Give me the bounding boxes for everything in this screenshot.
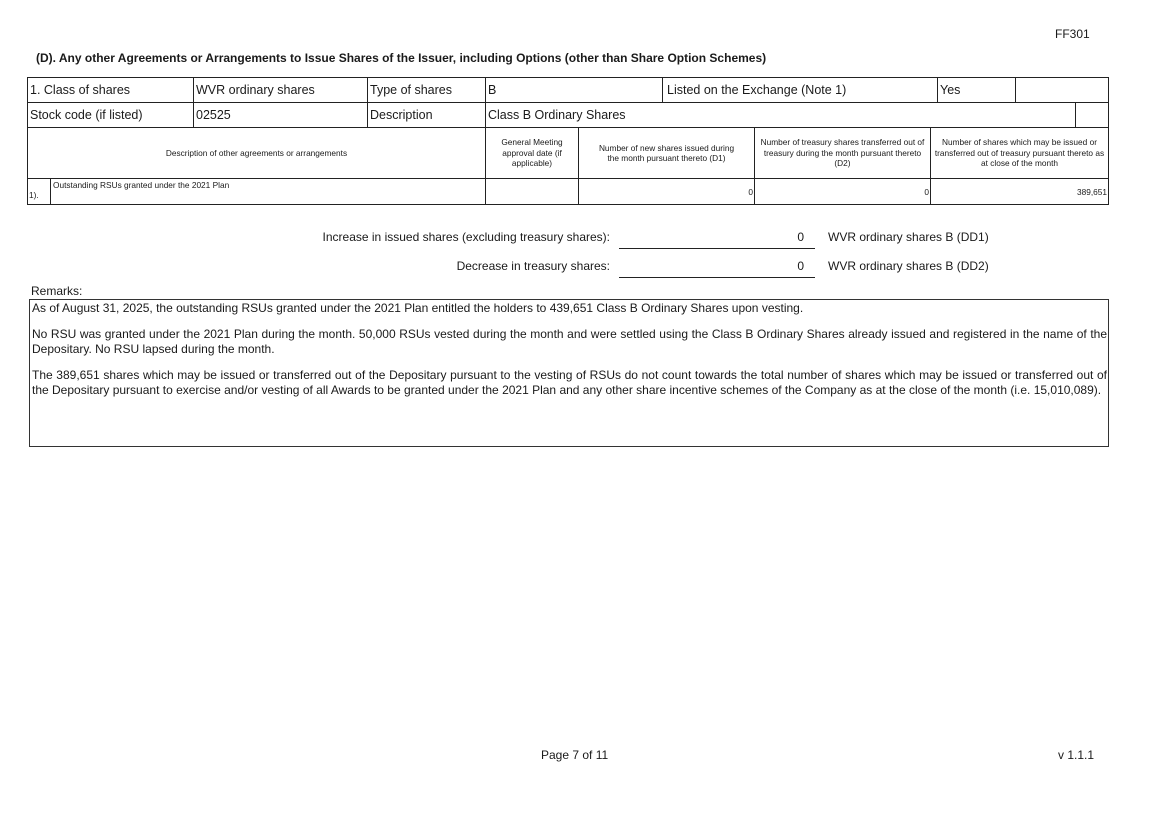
summary-underline [619, 277, 815, 278]
summary-increase-label: Increase in issued shares (excluding tre… [323, 230, 610, 244]
remarks-box: As of August 31, 2025, the outstanding R… [29, 299, 1109, 447]
type-of-shares-value: B [485, 77, 663, 103]
description-value: Class B Ordinary Shares [485, 102, 1076, 128]
summary-increase-value: 0 [764, 230, 804, 244]
blank-cell [1075, 102, 1109, 128]
remarks-paragraph: As of August 31, 2025, the outstanding R… [32, 301, 1107, 316]
stock-code-label: Stock code (if listed) [27, 102, 194, 128]
header-description: Description of other agreements or arran… [27, 127, 486, 179]
remarks-paragraph: No RSU was granted under the 2021 Plan d… [32, 327, 1107, 357]
row-treasury-transferred: 0 [754, 178, 931, 205]
row-index: 1). [27, 178, 51, 205]
form-code: FF301 [1055, 27, 1090, 41]
header-may-be-issued: Number of shares which may be issued or … [930, 127, 1109, 179]
summary-decrease-unit: WVR ordinary shares B (DD2) [828, 259, 989, 273]
page-number: Page 7 of 11 [541, 748, 608, 762]
listed-on-exchange-label: Listed on the Exchange (Note 1) [662, 77, 938, 103]
summary-underline [619, 248, 815, 249]
header-new-shares: Number of new shares issued during the m… [578, 127, 755, 179]
summary-decrease-label: Decrease in treasury shares: [457, 259, 610, 273]
remarks-label: Remarks: [31, 284, 82, 298]
class-of-shares-value: WVR ordinary shares [193, 77, 368, 103]
header-treasury-transferred: Number of treasury shares transferred ou… [754, 127, 931, 179]
summary-decrease-value: 0 [764, 259, 804, 273]
row-new-shares: 0 [578, 178, 755, 205]
section-title: (D). Any other Agreements or Arrangement… [36, 51, 766, 65]
class-of-shares-label: 1. Class of shares [27, 77, 194, 103]
description-label: Description [367, 102, 486, 128]
stock-code-value: 02525 [193, 102, 368, 128]
summary-increase-unit: WVR ordinary shares B (DD1) [828, 230, 989, 244]
row-gm-date [485, 178, 579, 205]
version-label: v 1.1.1 [1058, 748, 1094, 762]
listed-on-exchange-value: Yes [937, 77, 1016, 103]
type-of-shares-label: Type of shares [367, 77, 486, 103]
header-gm-date: General Meeting approval date (if applic… [485, 127, 579, 179]
row-description: Outstanding RSUs granted under the 2021 … [50, 178, 486, 205]
blank-cell [1015, 77, 1109, 103]
row-may-be-issued: 389,651 [930, 178, 1109, 205]
remarks-paragraph: The 389,651 shares which may be issued o… [32, 368, 1107, 398]
